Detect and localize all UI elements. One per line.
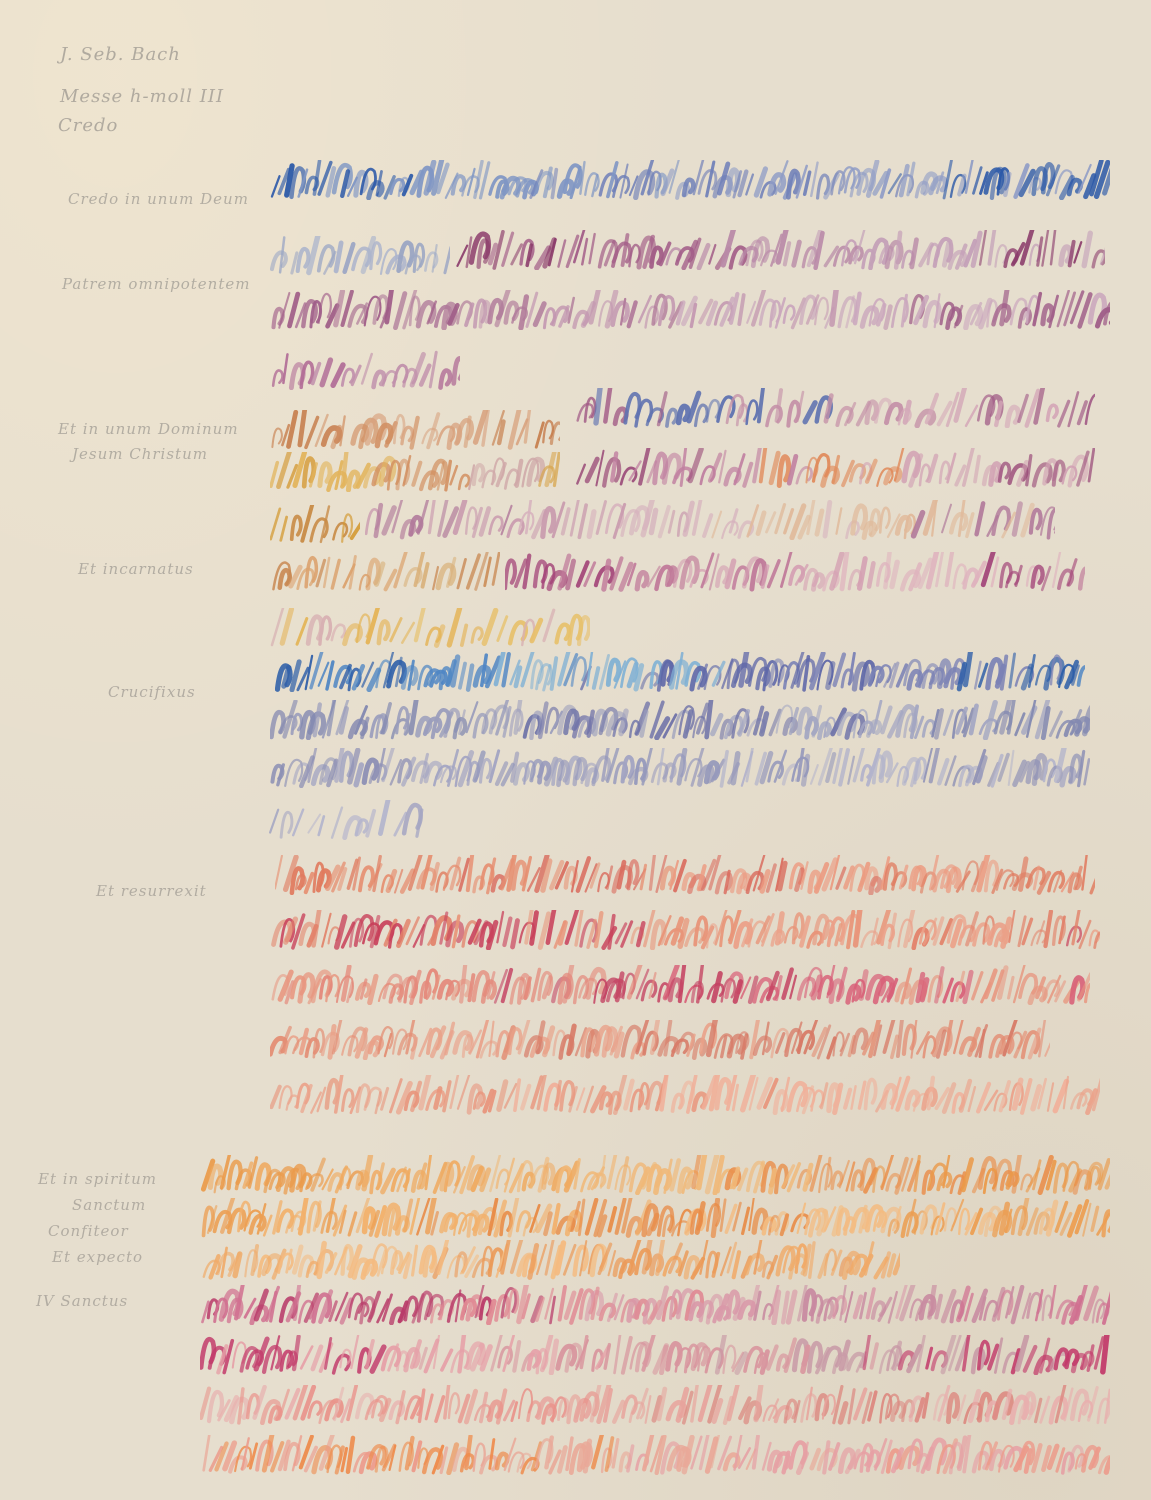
stroke-row xyxy=(365,500,1055,540)
section-label: Crucifixus xyxy=(108,683,196,701)
section-label: Credo in unum Deum xyxy=(68,190,249,208)
stroke-row xyxy=(200,1385,1110,1425)
stroke-row xyxy=(270,552,500,592)
stroke-row xyxy=(270,290,1110,330)
section-label: Et expecto xyxy=(52,1248,143,1266)
stroke-row xyxy=(270,1020,1050,1060)
stroke-row xyxy=(270,350,460,390)
stroke-row xyxy=(200,1335,1110,1375)
stroke-row xyxy=(505,552,1085,592)
section-label: Sanctum xyxy=(72,1196,146,1214)
stroke-row xyxy=(575,448,1095,488)
stroke-row xyxy=(200,1435,1110,1475)
stroke-row xyxy=(270,452,560,492)
section-label: Et in spiritum xyxy=(38,1170,157,1188)
work-label: Messe h-moll III xyxy=(60,86,224,107)
stroke-row xyxy=(270,410,560,450)
stroke-row xyxy=(455,230,1105,270)
stroke-row xyxy=(270,700,1090,740)
section-label: Et resurrexit xyxy=(96,882,207,900)
stroke-row xyxy=(200,1240,900,1280)
stroke-row xyxy=(200,1198,1110,1238)
section-label: IV Sanctus xyxy=(36,1292,128,1310)
section-label: Et in unum Dominum xyxy=(58,420,239,438)
stroke-row xyxy=(270,505,360,545)
movement-label: Credo xyxy=(58,115,118,136)
stroke-row xyxy=(270,160,1110,200)
stroke-row xyxy=(270,608,590,648)
stroke-row xyxy=(200,1285,1110,1325)
stroke-row xyxy=(275,652,1085,692)
stroke-row xyxy=(575,388,1095,428)
stroke-row xyxy=(270,1075,1100,1115)
stroke-row xyxy=(270,965,1090,1005)
section-label: Patrem omnipotentem xyxy=(62,275,250,293)
stroke-row xyxy=(268,800,428,840)
stroke-row xyxy=(275,855,1095,895)
section-label: Confiteor xyxy=(48,1222,129,1240)
stroke-row xyxy=(200,1155,1110,1195)
stroke-row xyxy=(270,748,1090,788)
section-label: Et incarnatus xyxy=(78,560,194,578)
stroke-row xyxy=(270,236,450,276)
stroke-row xyxy=(270,910,1100,950)
section-label: Jesum Christum xyxy=(72,445,208,463)
composer-label: J. Seb. Bach xyxy=(60,44,181,65)
